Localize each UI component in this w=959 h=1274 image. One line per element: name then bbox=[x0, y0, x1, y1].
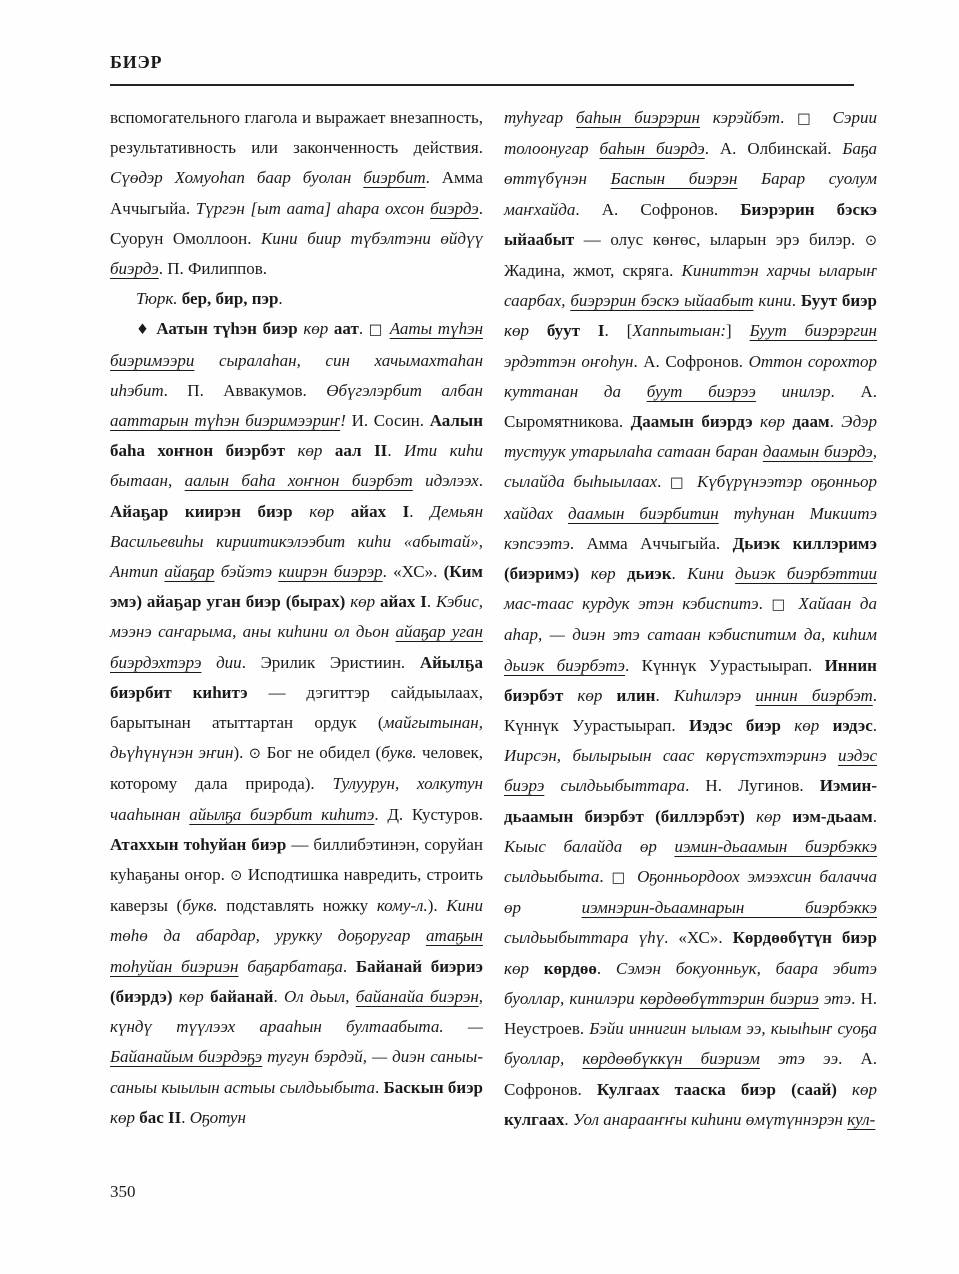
example-text: кому-л. bbox=[377, 896, 428, 915]
text-run: — олус көҥөс, ыларын эрэ билэр. bbox=[574, 230, 865, 249]
header-rule bbox=[110, 84, 854, 86]
headword: иэм-дьаам bbox=[792, 807, 872, 826]
headword: Иэдэс биэр bbox=[689, 716, 794, 735]
headword: кулгаах bbox=[504, 1110, 564, 1129]
text-run: . bbox=[657, 472, 670, 491]
text-run: Бог не обидел ( bbox=[267, 743, 382, 762]
circled-dot-icon: ⊙ bbox=[865, 233, 877, 249]
headword: Даамын биэрдэ bbox=[631, 412, 760, 431]
highlighted-word: биэрдэ bbox=[110, 259, 159, 278]
example-text: көр bbox=[577, 686, 616, 705]
text-run: . bbox=[873, 716, 877, 735]
highlighted-word: көрдөөбүттэрин биэриэ bbox=[640, 989, 819, 1008]
text-run: . bbox=[759, 594, 772, 613]
example-text: көр bbox=[591, 564, 627, 583]
highlighted-word: даамын биэрбитин bbox=[568, 504, 719, 523]
highlighted-word: Баспын биэрэн bbox=[611, 169, 738, 188]
headword: даам bbox=[792, 412, 829, 431]
right-column: туһугар баһын биэрэрин кэрэйбэт. □ Сэрии… bbox=[504, 103, 877, 1135]
text-run: . П. Филиппов. bbox=[159, 259, 267, 278]
example-text: букв. bbox=[182, 896, 217, 915]
example-text: сылдьыбыттара үһү bbox=[504, 928, 664, 947]
example-text: Өбүгэлэрбит албан bbox=[326, 381, 483, 400]
square-icon: □ bbox=[612, 870, 638, 886]
text-run: . Д. Кустуров. bbox=[374, 805, 483, 824]
highlighted-word: биэрэрин бэскэ ыйаабыт bbox=[570, 291, 753, 310]
highlighted-word: иннин биэрбэт bbox=[755, 686, 872, 705]
text-run: . bbox=[672, 564, 688, 583]
diamond-icon: ♦ bbox=[136, 322, 156, 338]
example-text: көр bbox=[309, 502, 351, 521]
text-run: . bbox=[387, 441, 404, 460]
text-run: ). bbox=[428, 896, 447, 915]
highlighted-word: айаҕар bbox=[164, 562, 214, 581]
headword: Буут биэр bbox=[801, 291, 877, 310]
example-text: Уол анарааҥҥы киһини өмүтүннэрэн bbox=[573, 1110, 847, 1129]
text-run: . А. Олбинскай. bbox=[705, 139, 843, 158]
highlighted-word: биэрбит bbox=[363, 168, 425, 187]
headword: буут I bbox=[547, 321, 605, 340]
text-run: . [ bbox=[604, 321, 632, 340]
text-run: ] bbox=[726, 321, 750, 340]
text-run: . А. Софронов. bbox=[575, 200, 740, 219]
example-text: Кыыс балайда өр bbox=[504, 837, 674, 856]
example-text: көр bbox=[760, 412, 792, 431]
example-text: көр bbox=[756, 807, 792, 826]
text-run: . bbox=[181, 1108, 190, 1127]
example-text: сылдьыбыта bbox=[504, 867, 599, 886]
text-run: вспомогательного глагола и выражает внез… bbox=[110, 108, 483, 157]
example-text: көр bbox=[852, 1080, 877, 1099]
text-run: . bbox=[599, 867, 611, 886]
example-text: көр bbox=[504, 959, 544, 978]
paragraph: вспомогательного глагола и выражает внез… bbox=[110, 103, 483, 284]
highlighted-word: иэмнэрин-дьаамнарын биэрбэккэ bbox=[582, 898, 877, 917]
highlighted-word: баһын биэрэрин bbox=[576, 108, 700, 127]
headword: көрдөө bbox=[544, 959, 597, 978]
example-text: көр bbox=[794, 716, 832, 735]
headword: Көрдөөбүтүн биэр bbox=[733, 928, 877, 947]
text-run: . Н. Лугинов. bbox=[685, 776, 820, 795]
example-text: көр bbox=[297, 441, 334, 460]
text-run: . А. Софронов. bbox=[633, 352, 748, 371]
headword: Айаҕар киирэн биэр bbox=[110, 502, 309, 521]
text-columns: вспомогательного глагола и выражает внез… bbox=[110, 103, 878, 1135]
square-icon: □ bbox=[771, 597, 798, 613]
text-run: . bbox=[597, 959, 616, 978]
text-run: ). bbox=[234, 743, 249, 762]
example-text: Кини биир түбэлтэни өйдүү bbox=[261, 229, 483, 248]
highlighted-word: байанайа биэрэн bbox=[356, 987, 479, 1006]
paragraph: ♦ Аатын түһэн биэр көр аат. □ Ааты түһэн… bbox=[110, 314, 483, 1132]
highlighted-word: дьиэк биэрбэттии bbox=[735, 564, 877, 583]
text-run: . bbox=[780, 108, 797, 127]
circled-dot-icon: ⊙ bbox=[249, 746, 267, 762]
text-run: . bbox=[273, 987, 284, 1006]
example-text: көр bbox=[303, 319, 334, 338]
headword: Аатын түһэн биэр bbox=[156, 319, 303, 338]
highlighted-word: киирэн биэрэр bbox=[278, 562, 382, 581]
paragraph: туһугар баһын биэрэрин кэрэйбэт. □ Сэрии… bbox=[504, 103, 877, 1135]
text-run: . bbox=[564, 1110, 573, 1129]
example-text: эрдэттэн оҥоһун bbox=[504, 352, 633, 371]
example-text: сылдьыбыттара bbox=[544, 776, 685, 795]
headword: бер, бир, пэр bbox=[182, 289, 279, 308]
example-text: инилэр bbox=[756, 382, 831, 401]
text-run: . bbox=[343, 957, 356, 976]
text-run: И. Сосин. bbox=[346, 411, 430, 430]
example-text: Түргэн [ыт аата] аһара охсон bbox=[196, 199, 430, 218]
highlighted-word: кул- bbox=[847, 1110, 875, 1129]
highlighted-word: биэрдэ bbox=[430, 199, 479, 218]
dictionary-page: БИЭР вспомогательного глагола и выражает… bbox=[0, 0, 959, 1274]
example-text: Киһилэрэ bbox=[674, 686, 756, 705]
example-text: Оҕотун bbox=[190, 1108, 246, 1127]
example-text: букв. bbox=[381, 743, 416, 762]
page-number: 350 bbox=[110, 1182, 136, 1202]
headword: Баскын биэр bbox=[383, 1078, 483, 1097]
example-text: этэ ээ bbox=[760, 1049, 838, 1068]
example-text: идэлээх bbox=[413, 471, 479, 490]
text-run: Жадина, жмот, скряга. bbox=[504, 261, 682, 280]
example-text: кэрэйбэт bbox=[700, 108, 780, 127]
text-run: подставлять ножку bbox=[218, 896, 377, 915]
example-text: көр bbox=[350, 592, 380, 611]
square-icon: □ bbox=[670, 475, 697, 491]
text-run: . bbox=[830, 412, 842, 431]
circled-dot-icon: ⊙ bbox=[230, 868, 248, 884]
highlighted-word: Байанайым биэрдэҕэ bbox=[110, 1047, 262, 1066]
square-icon: □ bbox=[369, 322, 390, 338]
headword: байанай bbox=[210, 987, 273, 1006]
highlighted-word: даамын биэрдэ bbox=[763, 442, 873, 461]
text-run: . bbox=[792, 291, 801, 310]
text-run: . «ХС». bbox=[383, 562, 444, 581]
example-text: Кини bbox=[687, 564, 735, 583]
highlighted-word: аалын баһа хоҥнон биэрбэт bbox=[185, 471, 413, 490]
example-text: Тюрк. bbox=[136, 289, 182, 308]
headword: дьиэк bbox=[627, 564, 672, 583]
highlighted-word: баһын биэрдэ bbox=[600, 139, 705, 158]
text-run: . bbox=[873, 807, 877, 826]
text-run: . bbox=[479, 471, 483, 490]
text-run: . Күннүк Уурастыырап. bbox=[625, 656, 825, 675]
example-text: баҕарбатаҕа bbox=[238, 957, 342, 976]
highlighted-word: дьиэк биэрбэтэ bbox=[504, 656, 625, 675]
example-text: көр bbox=[504, 321, 547, 340]
example-text: кини bbox=[754, 291, 792, 310]
example-text: Ол дьыл, bbox=[284, 987, 356, 1006]
example-text: көр bbox=[110, 1108, 139, 1127]
example-text: Хаппытыан: bbox=[632, 321, 726, 340]
example-text: көр bbox=[179, 987, 210, 1006]
headword: иэдэс bbox=[833, 716, 873, 735]
example-text: Сүөдэр Хомуоһап баар буолан bbox=[110, 168, 363, 187]
text-run: . Эрилик Эристиин. bbox=[242, 653, 420, 672]
paragraph: Тюрк. бер, бир, пэр. bbox=[110, 284, 483, 314]
headword: аал II bbox=[335, 441, 387, 460]
highlighted-word: иэмин-дьаамын биэрбэккэ bbox=[674, 837, 877, 856]
square-icon: □ bbox=[797, 111, 832, 127]
highlighted-word: айылҕа биэрбит киһитэ bbox=[189, 805, 374, 824]
highlighted-word: көрдөөбүккүн биэриэм bbox=[582, 1049, 760, 1068]
headword: аат bbox=[334, 319, 359, 338]
example-text: мас-таас курдук этэн кэбиспитэ bbox=[504, 594, 759, 613]
headword: илин bbox=[617, 686, 656, 705]
text-run: . bbox=[359, 319, 369, 338]
text-run: . bbox=[409, 502, 430, 521]
example-text: туһугар bbox=[504, 108, 576, 127]
running-head: БИЭР bbox=[110, 52, 162, 73]
highlighted-word: Буут биэрэргин bbox=[750, 321, 877, 340]
headword: Атаххын тоһуйан биэр bbox=[110, 835, 286, 854]
highlighted-word: ааттарын түһэн биэримээриҥ bbox=[110, 411, 340, 430]
example-text: бэйэтэ bbox=[214, 562, 278, 581]
headword: айах I bbox=[351, 502, 410, 521]
text-run: . П. Аввакумов. bbox=[164, 381, 327, 400]
left-column: вспомогательного глагола и выражает внез… bbox=[110, 103, 483, 1135]
headword: Кулгаах тааска биэр (саай) bbox=[597, 1080, 852, 1099]
text-run: . bbox=[278, 289, 282, 308]
highlighted-word: буут биэрээ bbox=[647, 382, 756, 401]
text-run: . bbox=[427, 592, 436, 611]
text-run: . «ХС». bbox=[664, 928, 732, 947]
example-text: дии bbox=[201, 653, 241, 672]
text-run: . bbox=[655, 686, 673, 705]
example-text: этэ bbox=[819, 989, 851, 1008]
headword: бас II bbox=[139, 1108, 181, 1127]
text-run: . Амма Аччыгыйа. bbox=[570, 534, 733, 553]
example-text: Иирсэн, былырыын саас көрүстэхтэринэ bbox=[504, 746, 838, 765]
headword: айах I bbox=[380, 592, 427, 611]
